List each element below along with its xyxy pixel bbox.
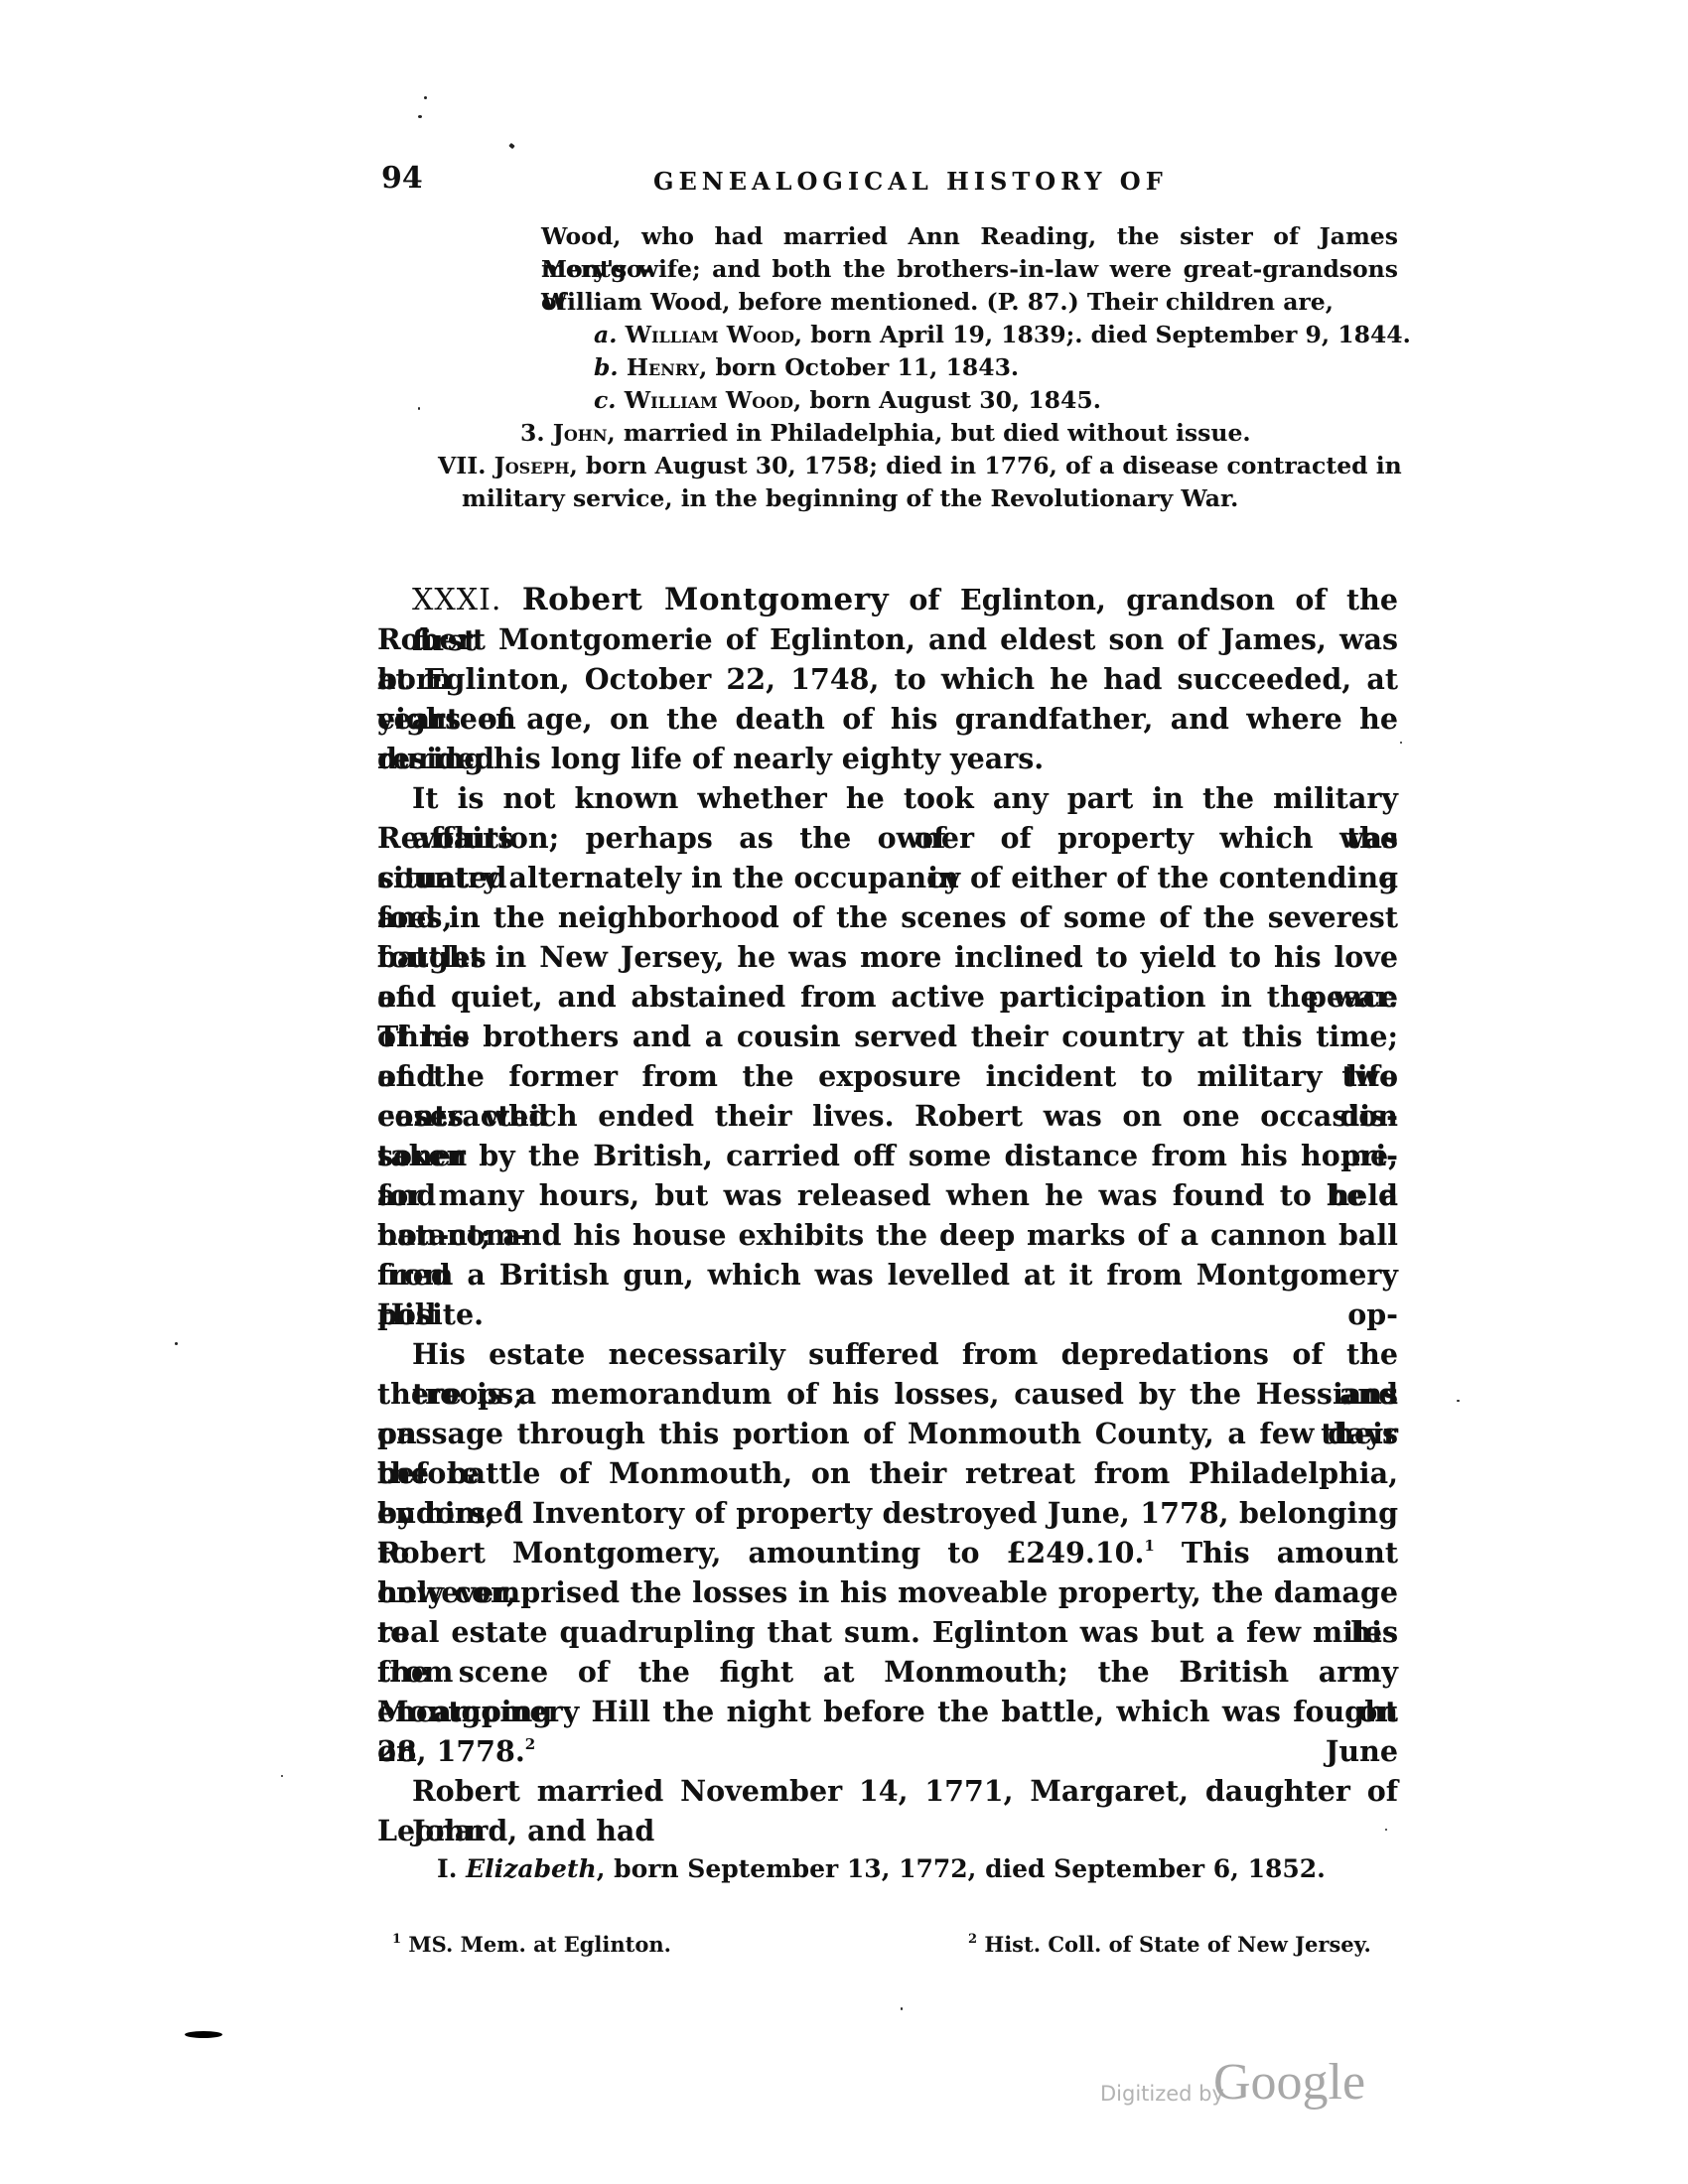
entry-name: John <box>553 419 608 447</box>
digitized-by-label: Digitized by <box>1100 2082 1224 2106</box>
scan-speck <box>424 96 427 99</box>
child-entry-elizabeth: I. Elizabeth, born September 13, 1772, d… <box>437 1852 1326 1885</box>
footnote-ref-2[interactable]: 2 <box>525 1735 535 1753</box>
child-marker: c. <box>594 386 617 414</box>
entry-marker: 3. <box>520 419 545 447</box>
child-details: , born August 30, 1845. <box>793 386 1101 414</box>
scan-dash-mark <box>185 2031 222 2038</box>
child-name: William Wood <box>626 321 794 348</box>
child-marker: I. <box>437 1854 457 1883</box>
running-title: GENEALOGICAL HISTORY OF <box>653 167 1168 196</box>
entry-7-continuation: military service, in the beginning of th… <box>462 482 1238 515</box>
child-name: Henry <box>627 353 699 381</box>
child-details: , born April 19, 1839;. died September 9… <box>794 321 1411 348</box>
paragraph-line: from a British gun, which was levelled a… <box>377 1255 1398 1334</box>
paragraph-text: 28, 1778. <box>377 1734 525 1768</box>
scan-speck <box>1400 742 1402 744</box>
book-page: 94 GENEALOGICAL HISTORY OF Wood, who had… <box>0 0 1688 2184</box>
footnote-text: MS. Mem. at Eglinton. <box>408 1932 671 1957</box>
page-number: 94 <box>381 161 423 196</box>
child-name: Elizabeth <box>466 1854 597 1883</box>
google-logo-text: Google <box>1213 2053 1365 2112</box>
footnote-mark: 1 <box>392 1932 401 1947</box>
paragraph-line-with-footnote-ref: 28, 1778.2 <box>377 1731 535 1771</box>
child-details: , born September 13, 1772, died Septembe… <box>597 1854 1326 1883</box>
child-entry-c: c. William Wood, born August 30, 1845. <box>594 384 1101 417</box>
scan-speck <box>901 2007 903 2010</box>
child-marker: a. <box>594 321 617 348</box>
paragraph-text: Robert Montgomery, amounting to £249.10. <box>377 1536 1144 1570</box>
paragraph-line: posite. <box>377 1295 484 1334</box>
footnote-text: Hist. Coll. of State of New Jersey. <box>984 1932 1370 1957</box>
scan-speck <box>418 115 422 118</box>
entry-details: , married in Philadelphia, but died with… <box>608 419 1251 447</box>
entry-name: Joseph <box>494 452 570 479</box>
paragraph-line: during his long life of nearly eighty ye… <box>377 739 1044 778</box>
entry-7-joseph: VII. Joseph, born August 30, 1758; died … <box>438 450 1398 482</box>
footnote-ref-1[interactable]: 1 <box>1144 1537 1154 1555</box>
paragraph-line: Leonard, and had <box>377 1811 654 1850</box>
scan-speck <box>508 143 514 149</box>
entry-3-john: 3. John, married in Philadelphia, but di… <box>520 417 1251 450</box>
child-entry-b: b. Henry, born October 11, 1843. <box>594 351 1019 384</box>
child-name: William Wood <box>625 386 793 414</box>
scan-speck <box>281 1775 283 1777</box>
footnote-1: 1 MS. Mem. at Eglinton. <box>392 1932 671 1957</box>
small-text-line: William Wood, before mentioned. (P. 87.)… <box>541 286 1334 319</box>
child-entry-a: a. William Wood, born April 19, 1839;. d… <box>594 319 1411 351</box>
entry-marker: VII. <box>438 452 486 479</box>
section-numeral: XXXI. <box>412 583 501 617</box>
entry-details: , born August 30, 1758; died in 1776, of… <box>570 452 1402 479</box>
child-details: , born October 11, 1843. <box>699 353 1019 381</box>
section-person-name: Robert Montgomery <box>522 582 889 617</box>
scan-speck <box>175 1342 178 1345</box>
child-marker: b. <box>594 353 619 381</box>
scan-speck <box>1457 1400 1460 1402</box>
footnote-mark: 2 <box>968 1932 977 1947</box>
scan-speck <box>418 407 420 410</box>
footnote-2: 2 Hist. Coll. of State of New Jersey. <box>968 1932 1371 1957</box>
